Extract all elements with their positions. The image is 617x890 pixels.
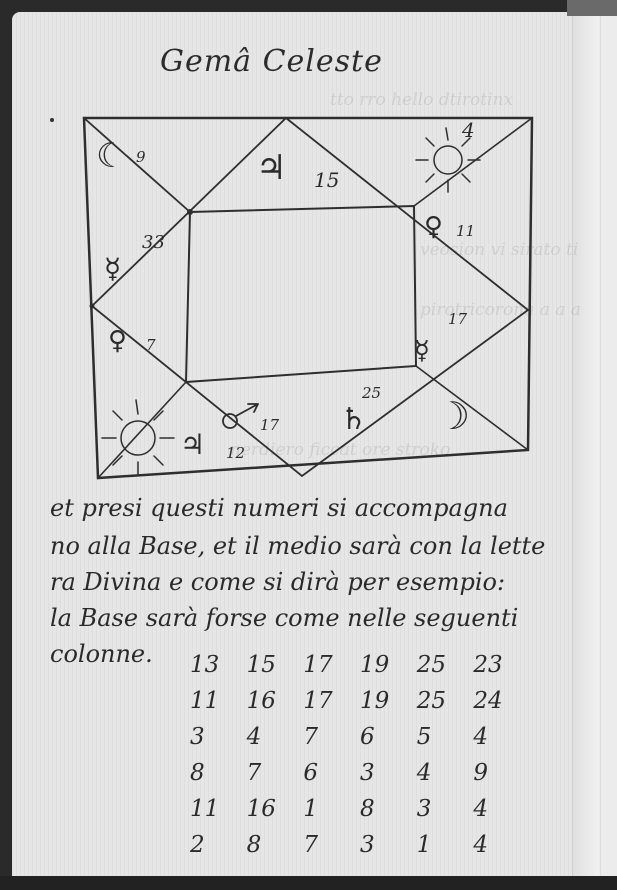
body-text-line: no alla Base, et il medio sarà con la le… xyxy=(50,532,545,560)
number-cell: 4 xyxy=(247,724,304,750)
number-cell: 4 xyxy=(473,724,530,750)
number-cell: 17 xyxy=(303,652,360,678)
number-cell: 16 xyxy=(247,796,304,822)
number-cell: 17 xyxy=(303,688,360,714)
number-cell: 2 xyxy=(190,832,247,858)
jupiter-icon: ♃ xyxy=(256,148,286,188)
mercury-icon: ☿ xyxy=(104,252,121,285)
degree-label: 4 xyxy=(462,118,475,142)
number-cell: 4 xyxy=(473,796,530,822)
number-cell: 8 xyxy=(247,832,304,858)
number-cell: 5 xyxy=(417,724,474,750)
number-cell: 13 xyxy=(190,652,247,678)
venus-icon: ♀ xyxy=(424,212,443,242)
degree-label: 33 xyxy=(142,232,165,253)
body-text-line: la Base sarà forse come nelle seguenti xyxy=(50,604,518,632)
number-cell: 11 xyxy=(190,688,247,714)
inner-square xyxy=(186,206,416,382)
number-cell: 25 xyxy=(417,652,474,678)
body-text-line: et presi questi numeri si accompagna xyxy=(50,494,508,522)
degree-label: 15 xyxy=(314,168,339,192)
number-cell: 3 xyxy=(190,724,247,750)
number-row: 287314 xyxy=(190,832,530,858)
saturn-icon: ♄ xyxy=(340,402,367,437)
degree-label: 25 xyxy=(362,384,381,402)
number-row: 131517192523 xyxy=(190,652,530,678)
number-cell: 1 xyxy=(417,832,474,858)
number-cell: 7 xyxy=(303,832,360,858)
number-cell: 25 xyxy=(417,688,474,714)
mercury-icon: ☿ xyxy=(414,336,430,366)
body-text-line: ra Divina e come si dirà per esempio: xyxy=(50,568,505,596)
number-cell: 19 xyxy=(360,652,417,678)
number-cell: 4 xyxy=(417,760,474,786)
number-cell: 4 xyxy=(473,832,530,858)
moon-icon: ☽ xyxy=(436,394,470,438)
moon-icon: ☾ xyxy=(96,136,126,176)
number-row: 11161834 xyxy=(190,796,530,822)
number-cell: 8 xyxy=(360,796,417,822)
number-cell: 3 xyxy=(417,796,474,822)
jupiter-icon: ♃ xyxy=(180,428,205,461)
number-cell: 6 xyxy=(303,760,360,786)
number-cell: 7 xyxy=(247,760,304,786)
number-cell: 15 xyxy=(247,652,304,678)
number-row: 111617192524 xyxy=(190,688,530,714)
degree-label: 9 xyxy=(136,148,146,166)
number-cell: 7 xyxy=(303,724,360,750)
number-cell: 9 xyxy=(473,760,530,786)
degree-label: 7 xyxy=(146,336,156,354)
body-text-line: colonne. xyxy=(50,640,153,668)
number-cell: 3 xyxy=(360,832,417,858)
number-cell: 6 xyxy=(360,724,417,750)
number-cell: 19 xyxy=(360,688,417,714)
number-cell: 8 xyxy=(190,760,247,786)
degree-label: 17 xyxy=(260,416,279,434)
degree-label: 11 xyxy=(456,222,475,240)
number-cell: 16 xyxy=(247,688,304,714)
number-row: 347654 xyxy=(190,724,530,750)
degree-label: 17 xyxy=(448,310,467,328)
number-row: 876349 xyxy=(190,760,530,786)
number-cell: 23 xyxy=(473,652,530,678)
number-cell: 11 xyxy=(190,796,247,822)
venus-icon: ♀ xyxy=(108,326,127,356)
number-cell: 1 xyxy=(303,796,360,822)
number-cell: 3 xyxy=(360,760,417,786)
astrological-chart-diagram xyxy=(0,0,617,890)
number-cell: 24 xyxy=(473,688,530,714)
degree-label: 12 xyxy=(226,444,245,462)
